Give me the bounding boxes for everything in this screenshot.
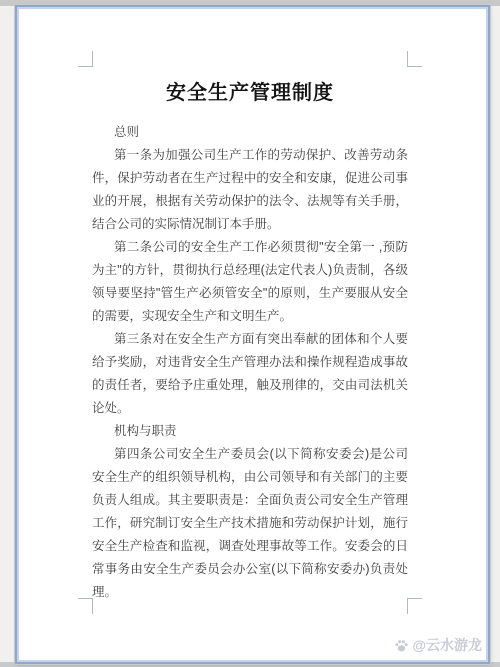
watermark-text: @云水游龙 — [412, 635, 482, 655]
document-page: 安全生产管理制度 总则 第一条为加强公司生产工作的劳动保护、改善劳动条件，保护劳… — [15, 5, 490, 664]
margin-mark-bottom-left — [78, 598, 93, 614]
margin-mark-top-left — [78, 51, 93, 67]
document-canvas: 安全生产管理制度 总则 第一条为加强公司生产工作的劳动保护、改善劳动条件，保护劳… — [0, 0, 500, 667]
document-title: 安全生产管理制度 — [92, 78, 408, 108]
page-content: 安全生产管理制度 总则 第一条为加强公司生产工作的劳动保护、改善劳动条件，保护劳… — [92, 66, 408, 604]
paragraph-article-2: 第二条公司的安全生产工作必须贯彻"安全第一 ,预防为主"的方针，贯彻执行总经理(… — [92, 236, 408, 328]
paragraph-article-4: 第四条公司安全生产委员会(以下简称安委会)是公司安全生产的组织领导机构，由公司领… — [92, 443, 408, 604]
paw-icon — [394, 638, 409, 653]
section-heading-organization: 机构与职责 — [92, 420, 408, 443]
paragraph-article-3: 第三条对在安全生产方面有突出奉献的团体和个人要给予奖励，对违背安全生产管理办法和… — [92, 328, 408, 420]
paragraph-article-1: 第一条为加强公司生产工作的劳动保护、改善劳动条件，保护劳动者在生产过程中的安全和… — [92, 144, 408, 236]
margin-mark-bottom-right — [407, 598, 422, 614]
watermark: @云水游龙 — [394, 635, 482, 655]
margin-mark-top-right — [407, 51, 422, 67]
section-heading-general: 总则 — [92, 121, 408, 144]
